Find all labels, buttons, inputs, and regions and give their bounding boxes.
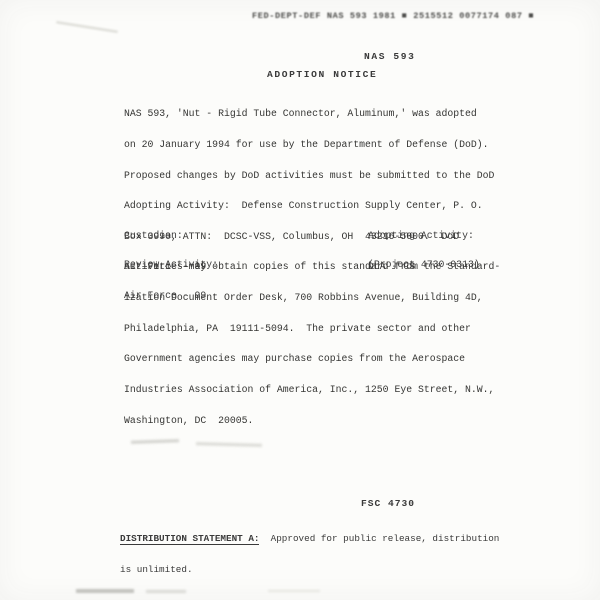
body-line: on 20 January 1994 for use by the Depart… [124,140,500,150]
review-activity-block: Review Activity: Air Force - 99 [124,240,218,322]
review-activity-value: Air Force - 99 [124,291,218,301]
review-activity-label: Review Activity: [124,260,218,270]
body-line: Philadelphia, PA 19111-5094. The private… [124,324,500,334]
fsc-code: FSC 4730 [361,498,415,509]
distribution-statement-heading: DISTRIBUTION STATEMENT A: [120,533,259,546]
body-line: Proposed changes by DoD activities must … [124,171,500,181]
scan-corner-streak [56,21,117,32]
distribution-line-2: is unlimited. [120,565,499,575]
body-line: Adopting Activity: Defense Construction … [124,201,500,211]
body-line: NAS 593, 'Nut - Rigid Tube Connector, Al… [124,109,500,119]
project-number: (Project 4730-0313) [368,260,480,270]
distribution-statement: DISTRIBUTION STATEMENT A: Approved for p… [120,513,499,596]
body-line: Washington, DC 20005. [124,416,500,426]
document-code-line: FED-DEPT-DEF NAS 593 1981 ■ 2515512 0077… [252,11,534,21]
body-line: Industries Association of America, Inc.,… [124,385,500,395]
distribution-line-1: DISTRIBUTION STATEMENT A: Approved for p… [120,534,499,544]
distribution-statement-text: Approved for public release, distributio… [259,533,499,544]
scanned-document-page: FED-DEPT-DEF NAS 593 1981 ■ 2515512 0077… [0,0,600,600]
document-number: NAS 593 [364,51,416,62]
project-number-block: (Project 4730-0313) [368,240,480,291]
page-title: ADOPTION NOTICE [267,69,377,80]
body-line: Government agencies may purchase copies … [124,354,500,364]
